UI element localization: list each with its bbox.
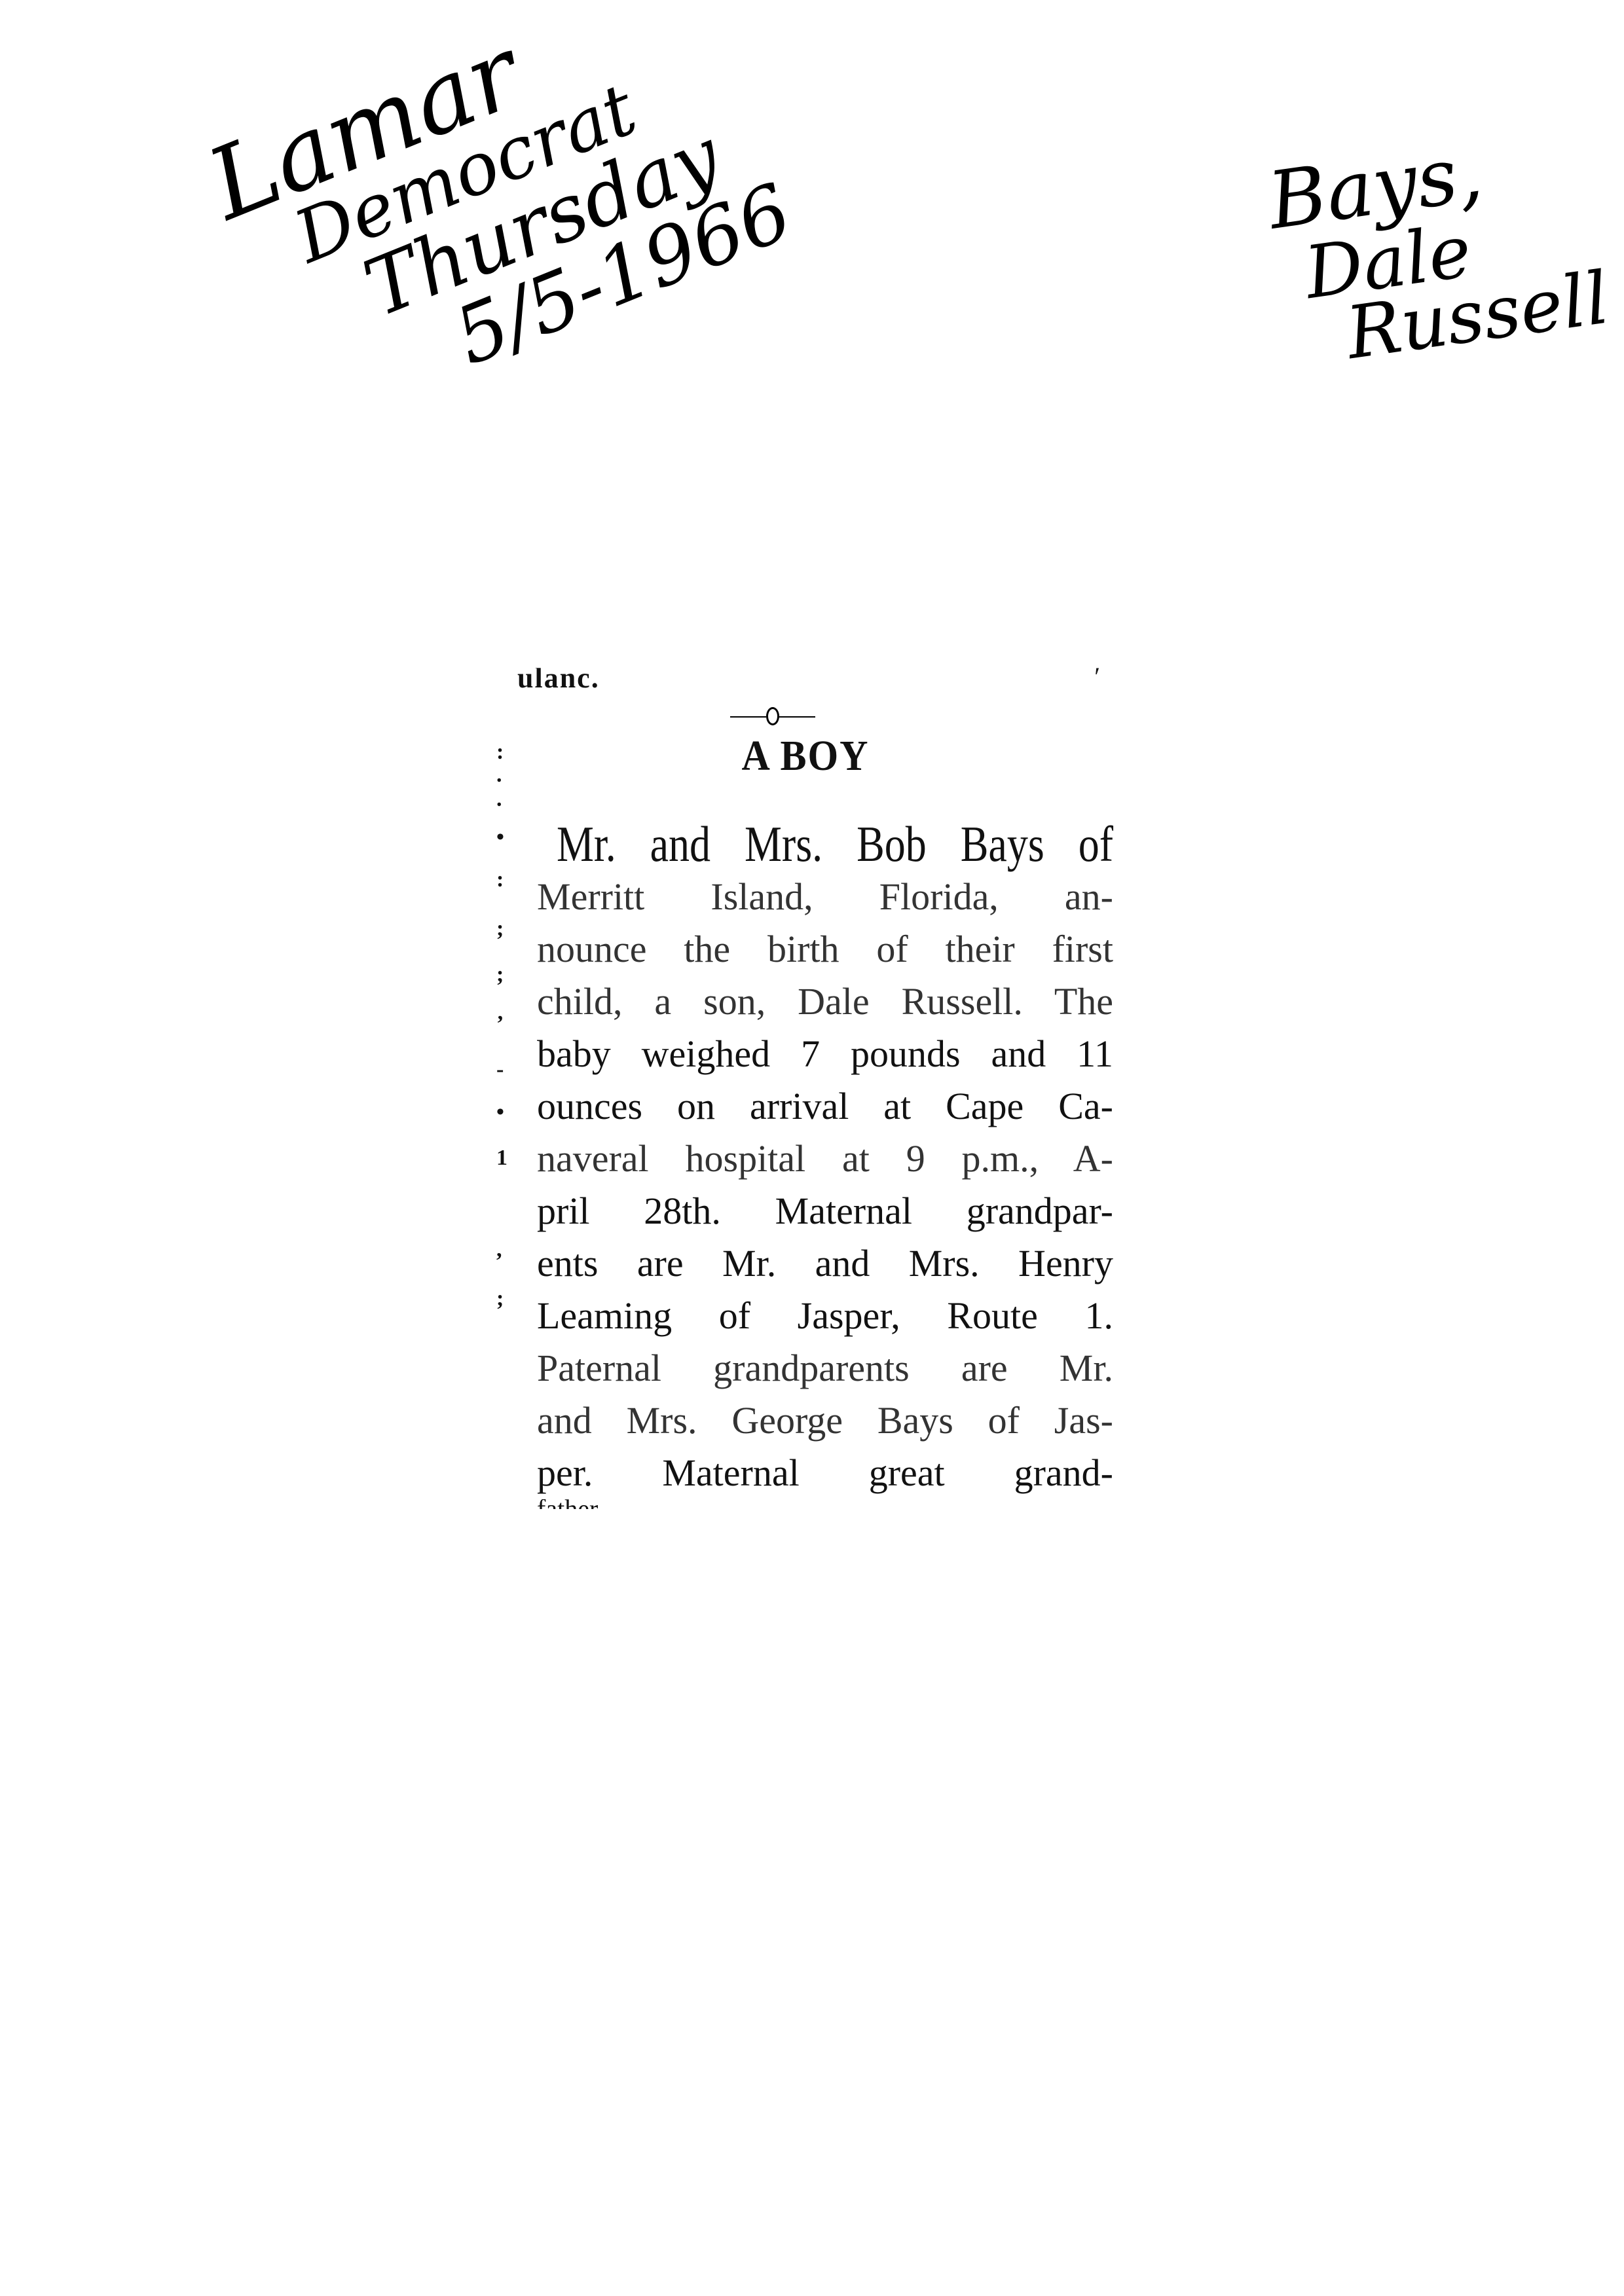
handwritten-source-note: Lamar Democrat Thursday 5/5-1966: [196, 0, 802, 441]
margin-mark: ’: [496, 1011, 504, 1036]
article-line: pril 28th. Maternal grandpar-: [537, 1185, 1113, 1237]
margin-mark: -: [496, 1057, 504, 1082]
margin-mark: :: [496, 867, 504, 892]
divider-ornament-icon: [766, 707, 779, 725]
article-headline: A BOY: [498, 731, 1113, 781]
article-line: Mr. and Mrs. Bob Bays of: [537, 813, 1113, 876]
divider-line-right: [779, 716, 815, 718]
article-line: ounces on arrival at Cape Ca-: [537, 1080, 1113, 1133]
article-line: per. Maternal great grand-: [537, 1447, 1113, 1499]
article-line: naveral hospital at 9 p.m., A-: [537, 1133, 1113, 1185]
newspaper-clipping: ulanc. ′ A BOY : . . • : ; ; ’ - • 1 , ;…: [498, 648, 1113, 1519]
article-line: ents are Mr. and Mrs. Henry: [537, 1237, 1113, 1290]
margin-mark: ;: [496, 1286, 504, 1311]
article-line: nounce the birth of their first: [537, 923, 1113, 975]
article-line: Leaming of Jasper, Route 1.: [537, 1290, 1113, 1342]
margin-mark: :: [496, 740, 504, 765]
article-line-cut-off: father is J...: [537, 1499, 1113, 1519]
article-line: Paternal grandparents are Mr.: [537, 1342, 1113, 1394]
article-line: baby weighed 7 pounds and 11: [537, 1028, 1113, 1080]
article-line: child, a son, Dale Russell. The: [537, 975, 1113, 1028]
margin-mark: ;: [496, 962, 504, 987]
margin-mark: .: [496, 787, 502, 812]
margin-mark: .: [496, 763, 502, 788]
margin-mark: •: [496, 825, 504, 850]
margin-mark: •: [496, 1100, 504, 1125]
article-line: Merritt Island, Florida, an-: [537, 871, 1113, 923]
margin-mark: ;: [496, 917, 504, 941]
handwritten-subject-name: Bays, Dale Russell: [1264, 119, 1613, 378]
divider-line-left: [730, 716, 766, 718]
article-line: and Mrs. George Bays of Jas-: [537, 1394, 1113, 1447]
margin-mark: ,: [496, 1237, 502, 1262]
cut-off-previous-text: ulanc.: [517, 661, 600, 695]
section-divider: [730, 707, 815, 727]
margin-mark: 1: [496, 1146, 507, 1171]
article-body: Mr. and Mrs. Bob Bays of Merritt Island,…: [537, 818, 1113, 1519]
stray-mark: ′: [1094, 661, 1100, 692]
